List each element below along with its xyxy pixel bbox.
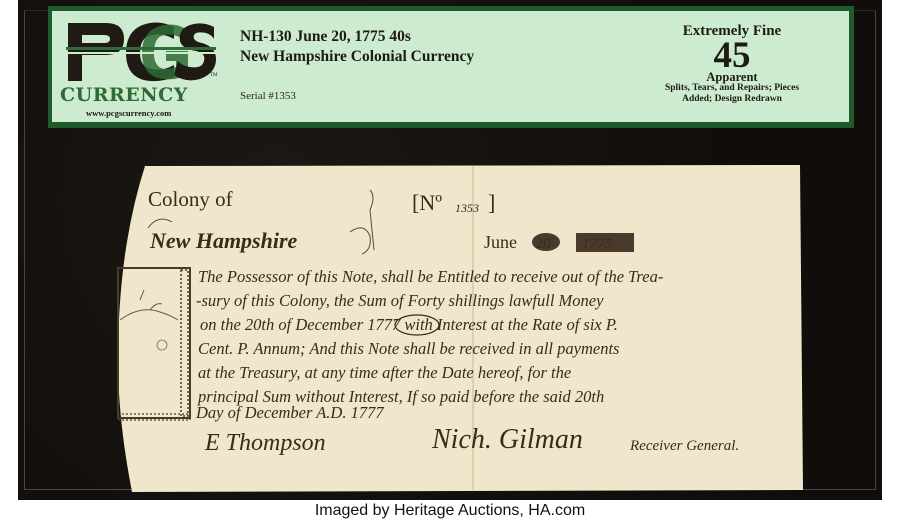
body-line-7: Day of December A.D. 1777: [195, 403, 384, 422]
number-suffix: ]: [488, 190, 495, 215]
body-line-3: on the 20th of December 1777 with Intere…: [200, 315, 618, 334]
note-serial-number: 1353: [455, 201, 479, 215]
colonial-note: Colony of New Hampshire [Nº 1353 ] June …: [0, 0, 900, 522]
signature-right-title: Receiver General.: [629, 438, 739, 454]
body-line-2: -sury of this Colony, the Sum of Forty s…: [196, 291, 604, 310]
body-line-4: Cent. P. Annum; And this Note shall be r…: [198, 339, 619, 358]
note-body-text: The Possessor of this Note, shall be Ent…: [195, 267, 663, 422]
state-heading: New Hampshire: [149, 228, 298, 253]
body-line-1: The Possessor of this Note, shall be Ent…: [198, 267, 663, 286]
colony-heading: Colony of: [148, 187, 233, 211]
date-year: 1775: [582, 236, 613, 252]
image-credit: Imaged by Heritage Auctions, HA.com: [0, 502, 900, 520]
body-line-5: at the Treasury, at any time after the D…: [198, 363, 571, 382]
date-month: June: [484, 232, 517, 252]
signature-right: Nich. Gilman: [431, 424, 583, 455]
date-day: 20: [536, 236, 551, 252]
signature-left: E Thompson: [204, 430, 326, 456]
number-prefix: [Nº: [412, 190, 442, 215]
